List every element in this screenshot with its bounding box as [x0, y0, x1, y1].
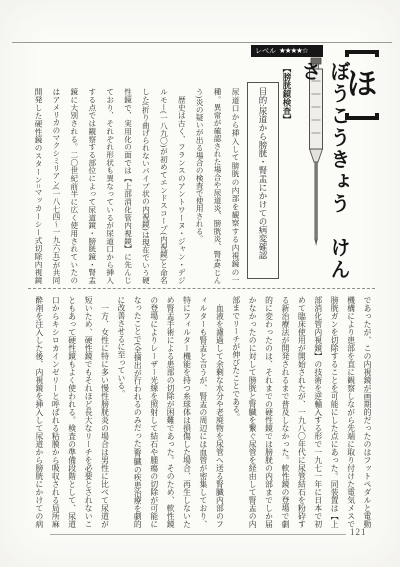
- page-number: 121: [350, 527, 367, 537]
- entry-title-kana: ぼうこうきょう けんさ: [295, 61, 353, 293]
- body-paragraph: 歴史は古く、フランスのアントワーヌ・ジャン・デジルモー(一八九〇)が初めてエンド…: [28, 88, 190, 284]
- level-stars: ★★★★☆: [279, 47, 308, 55]
- level-label: レベル: [255, 48, 276, 55]
- body-paragraph: 尿道口から挿入して膀胱の内部を観察する内視鏡の一種。異常が確認された場合や尿道炎…: [190, 88, 244, 284]
- body-paragraph: 一方、女性に特に多い慢性膀胱炎の場合は男性に比べて尿道が短いため、硬性鏡でもそれ…: [28, 296, 113, 528]
- top-rule: [12, 42, 392, 43]
- body-paragraph: 血液を濾過して余剰な水分や老廃物を尿管へ送る腎臓内部のフィルターも腎盂と言うが、…: [113, 296, 228, 528]
- body-top-band: 尿道口から挿入して膀胱の内部を観察する内視鏡の一種。異常が確認された場合や尿道炎…: [28, 88, 244, 284]
- section-divider: [28, 288, 375, 289]
- footer-rule: [50, 534, 346, 535]
- dictionary-page: ほ レベル ★★★★☆ ぼうこうきょう けんさ 【膀胱鏡検査】 目的:尿道から膀…: [0, 0, 400, 567]
- body-paragraph: であったが、この内視鏡が画期的だったのはフットペダルと電動機構により患部を直に観…: [227, 296, 375, 528]
- purpose-box: 目的:尿道から膀胱・腎盂にかけての病変確認: [247, 82, 279, 279]
- level-badge: レベル ★★★★☆: [251, 45, 323, 57]
- entry-title-kanji: 【膀胱鏡検査】: [281, 64, 293, 224]
- bracket-top-icon: [345, 50, 379, 57]
- body-bottom-band: であったが、この内視鏡が画期的だったのはフットペダルと電動機構により患部を直に観…: [28, 296, 375, 528]
- purpose-text: 目的:尿道から膀胱・腎盂にかけての病変確認: [258, 87, 268, 259]
